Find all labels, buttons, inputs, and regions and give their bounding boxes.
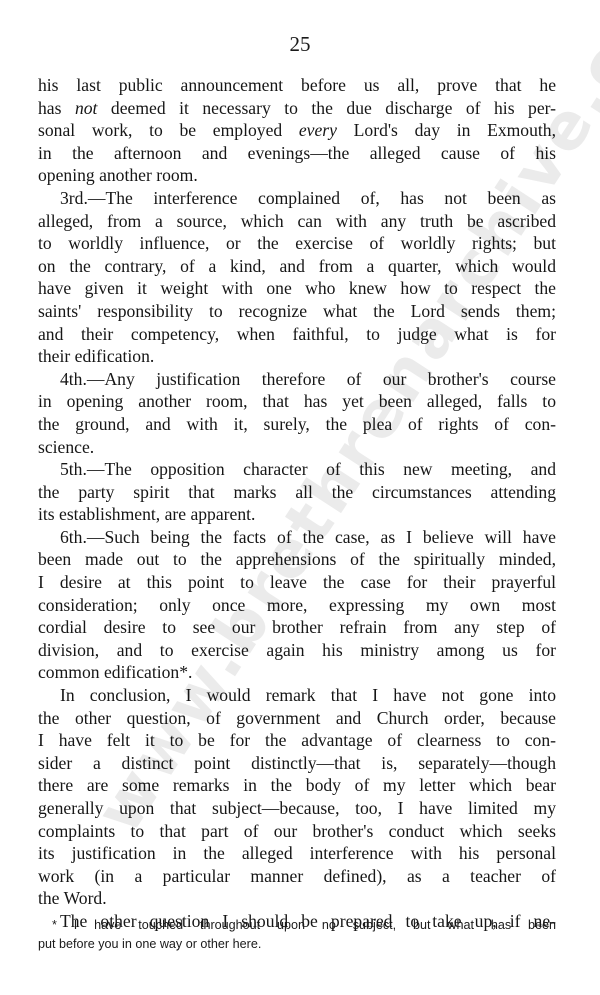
text-line: its justification in the alleged interfe… (38, 842, 556, 865)
text-line: in opening another room, that has yet be… (38, 390, 556, 413)
text-line: complaints to that part of our brother's… (38, 820, 556, 843)
text-line: and their competency, when faithful, to … (38, 323, 556, 346)
text-line: his last public announcement before us a… (38, 74, 556, 97)
text-line: 3rd.—The interference complained of, has… (38, 187, 556, 210)
footnote-line: put before you in one way or other here. (38, 935, 556, 954)
text-line: saints' responsibility to recognize what… (38, 300, 556, 323)
text-line: cordial desire to see our brother refrai… (38, 616, 556, 639)
text-line: the ground, and with it, surely, the ple… (38, 413, 556, 436)
text-line: division, and to exercise again his mini… (38, 639, 556, 662)
text-line: opening another room. (38, 164, 556, 187)
text-line: consideration; only once more, expressin… (38, 594, 556, 617)
text-line: alleged, from a source, which can with a… (38, 210, 556, 233)
page-number: 25 (0, 32, 600, 57)
text-line: 4th.—Any justification therefore of our … (38, 368, 556, 391)
text-line: its establishment, are apparent. (38, 503, 556, 526)
text-line: science. (38, 436, 556, 459)
document-page: www.brethrenarchive.org 25 his last publ… (0, 0, 600, 995)
text-line: on the contrary, of a kind, and from a q… (38, 255, 556, 278)
text-line: 6th.—Such being the facts of the case, a… (38, 526, 556, 549)
text-line: sonal work, to be employed every Lord's … (38, 119, 556, 142)
text-line: In conclusion, I would remark that I hav… (38, 684, 556, 707)
text-line: sider a distinct point distinctly—that i… (38, 752, 556, 775)
body-text: his last public announcement before us a… (38, 74, 556, 933)
text-line: to worldly influence, or the exercise of… (38, 232, 556, 255)
footnote: * I have touched throughout upon no subj… (38, 916, 556, 953)
text-line: the other question, of government and Ch… (38, 707, 556, 730)
text-line: in the afternoon and evenings—the allege… (38, 142, 556, 165)
text-line: generally upon that subject—because, too… (38, 797, 556, 820)
text-line: common edification*. (38, 661, 556, 684)
text-line: work (in a particular manner defined), a… (38, 865, 556, 888)
text-line: the party spirit that marks all the circ… (38, 481, 556, 504)
footnote-line: * I have touched throughout upon no subj… (38, 916, 556, 935)
text-line: I desire at this point to leave the case… (38, 571, 556, 594)
text-line: have given it weight with one who knew h… (38, 277, 556, 300)
text-line: has not deemed it necessary to the due d… (38, 97, 556, 120)
text-line: there are some remarks in the body of my… (38, 774, 556, 797)
text-line: I have felt it to be for the advantage o… (38, 729, 556, 752)
text-line: their edification. (38, 345, 556, 368)
text-line: 5th.—The opposition character of this ne… (38, 458, 556, 481)
text-line: been made out to the apprehensions of th… (38, 548, 556, 571)
text-line: the Word. (38, 887, 556, 910)
